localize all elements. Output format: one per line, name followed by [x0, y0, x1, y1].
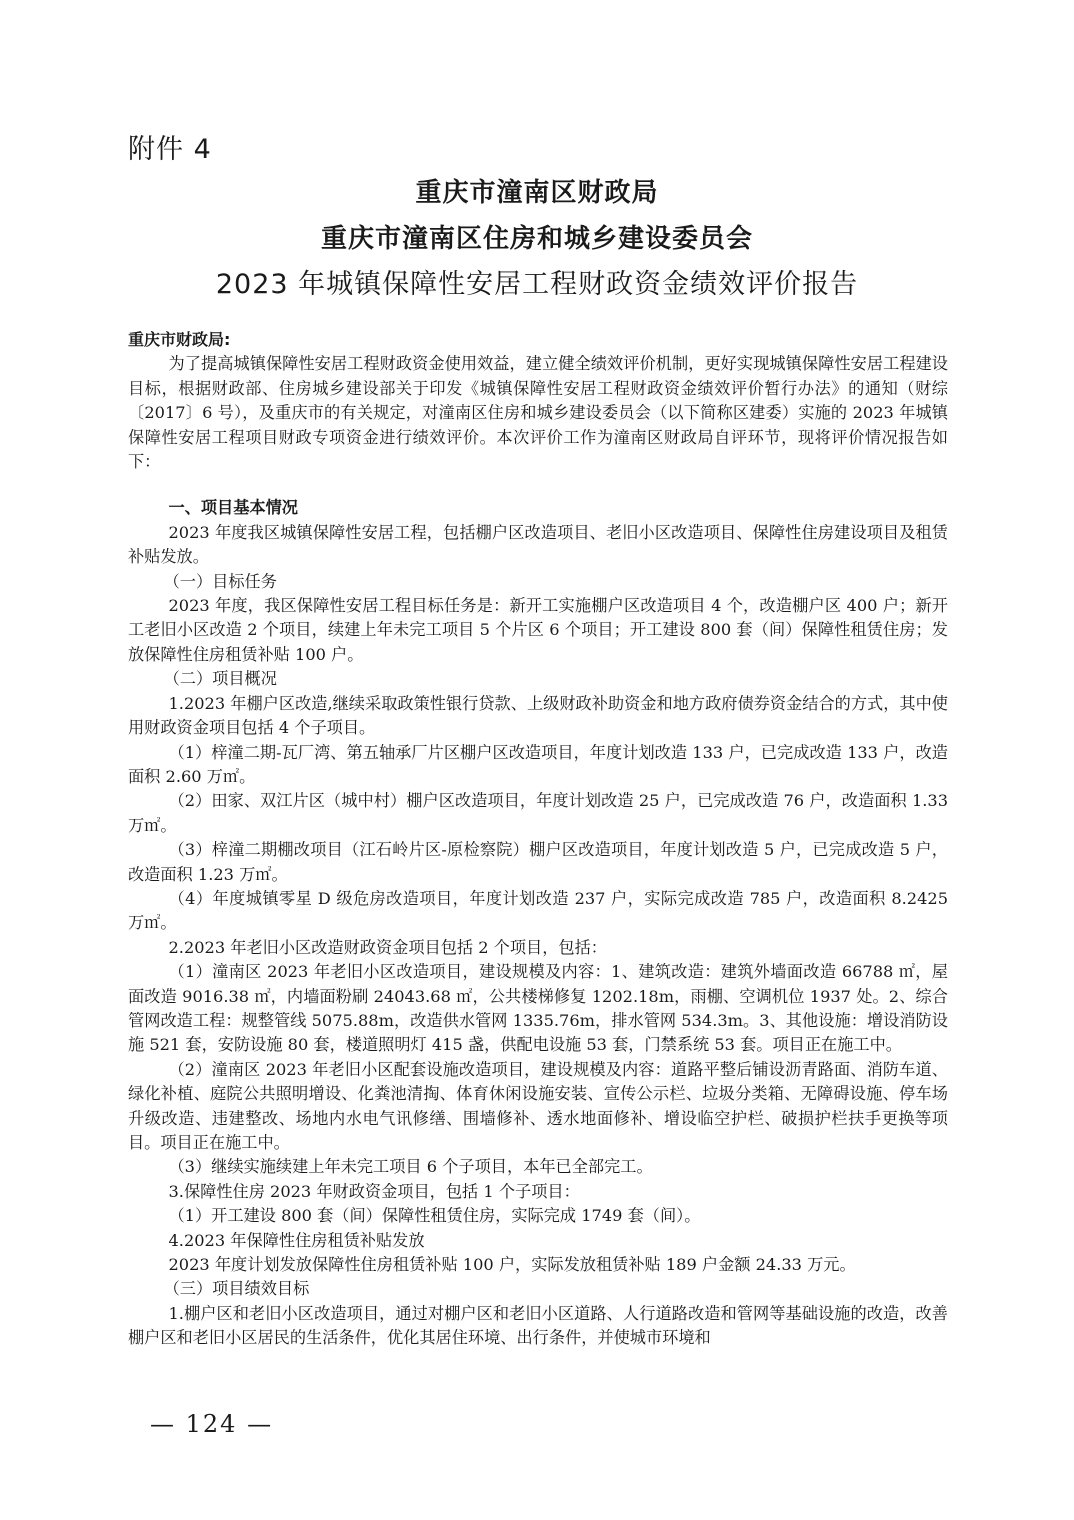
overview-item-3-sub-1: （1）开工建设 800 套（间）保障性租赁住房，实际完成 1749 套（间）。: [128, 1204, 948, 1228]
overview-item-2-sub-2: （2）潼南区 2023 年老旧小区配套设施改造项目，建设规模及内容：道路平整后铺…: [128, 1058, 948, 1156]
overview-item-2-sub-1: （1）潼南区 2023 年老旧小区改造项目，建设规模及内容：1、建筑改造：建筑外…: [128, 960, 948, 1058]
attachment-label: 附件 4: [128, 132, 212, 168]
overview-item-1-sub-3: （3）梓潼二期棚改项目（江石岭片区-原检察院）棚户区改造项目，年度计划改造 5 …: [128, 838, 948, 887]
overview-item-4: 4.2023 年保障性住房租赁补贴发放: [128, 1229, 948, 1253]
targets-paragraph: 2023 年度，我区保障性安居工程目标任务是：新开工实施棚户区改造项目 4 个，…: [128, 594, 948, 667]
report-title: 重庆市潼南区财政局 重庆市潼南区住房和城乡建设委员会 2023 年城镇保障性安居…: [130, 170, 944, 308]
overview-item-1-sub-1: （1）梓潼二期-瓦厂湾、第五轴承厂片区棚户区改造项目，年度计划改造 133 户，…: [128, 741, 948, 790]
intro-paragraph: 为了提高城镇保障性安居工程财政资金使用效益，建立健全绩效评价机制，更好实现城镇保…: [128, 352, 948, 474]
title-line-2: 重庆市潼南区住房和城乡建设委员会: [130, 216, 944, 262]
section-overview: 2023 年度我区城镇保障性安居工程，包括棚户区改造项目、老旧小区改造项目、保障…: [128, 521, 948, 570]
overview-item-4-text: 2023 年度计划发放保障性住房租赁补贴 100 户，实际发放租赁补贴 189 …: [128, 1253, 948, 1277]
overview-item-3: 3.保障性住房 2023 年财政资金项目，包括 1 个子项目：: [128, 1180, 948, 1204]
overview-item-1: 1.2023 年棚户区改造,继续采取政策性银行贷款、上级财政补助资金和地方政府债…: [128, 692, 948, 741]
document-page: 附件 4 重庆市潼南区财政局 重庆市潼南区住房和城乡建设委员会 2023 年城镇…: [0, 0, 1074, 1520]
subsection-heading-overview: （二）项目概况: [128, 667, 948, 691]
title-line-3: 2023 年城镇保障性安居工程财政资金绩效评价报告: [130, 262, 944, 308]
section-heading-1: 一、项目基本情况: [128, 496, 948, 520]
subsection-heading-goals: （三）项目绩效目标: [128, 1277, 948, 1301]
overview-item-1-sub-4: （4）年度城镇零星 D 级危房改造项目，年度计划改造 237 户，实际完成改造 …: [128, 887, 948, 936]
subsection-heading-targets: （一）目标任务: [128, 570, 948, 594]
title-line-1: 重庆市潼南区财政局: [130, 170, 944, 216]
report-body: 重庆市财政局: 为了提高城镇保障性安居工程财政资金使用效益，建立健全绩效评价机制…: [128, 328, 948, 1351]
page-number: — 124 —: [150, 1410, 273, 1438]
overview-item-2: 2.2023 年老旧小区改造财政资金项目包括 2 个项目，包括：: [128, 936, 948, 960]
overview-item-1-sub-2: （2）田家、双江片区（城中村）棚户区改造项目，年度计划改造 25 户，已完成改造…: [128, 789, 948, 838]
overview-item-2-sub-3: （3）继续实施续建上年未完工项目 6 个子项目，本年已全部完工。: [128, 1155, 948, 1179]
salutation: 重庆市财政局:: [128, 328, 948, 352]
goals-item-1: 1.棚户区和老旧小区改造项目，通过对棚户区和老旧小区道路、人行道路改造和管网等基…: [128, 1302, 948, 1351]
